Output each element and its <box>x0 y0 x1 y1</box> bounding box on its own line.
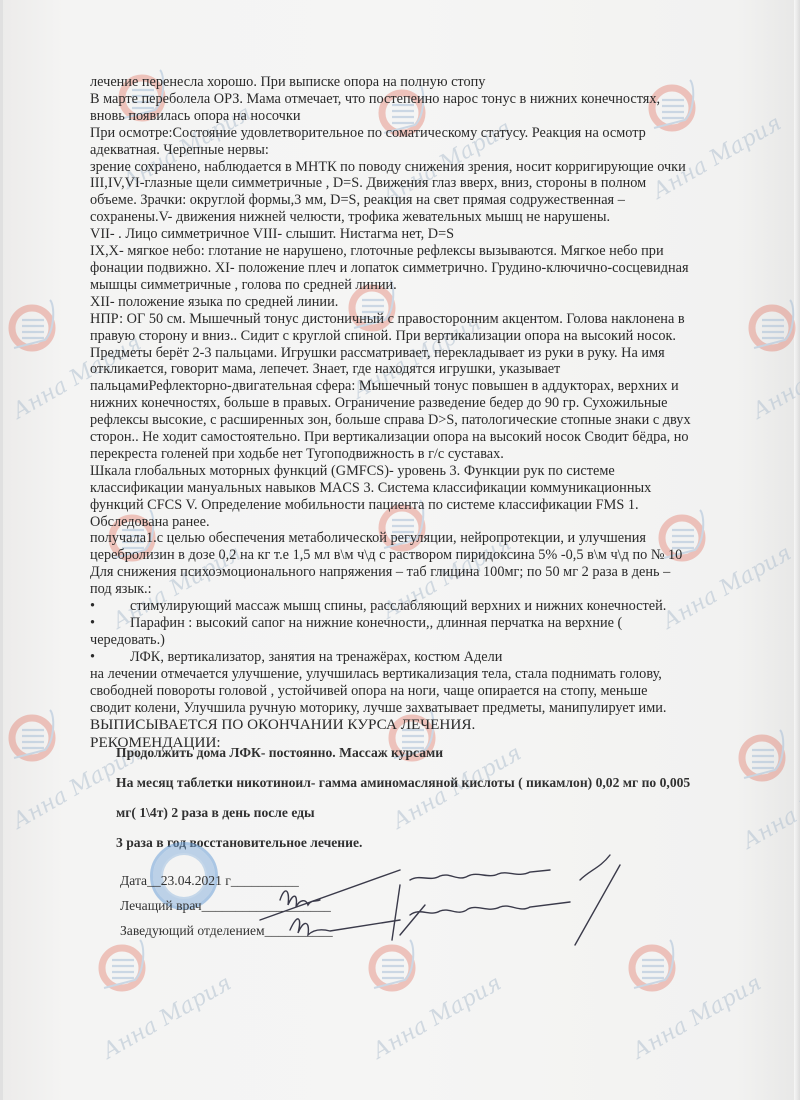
text-line: мышцы симметричные , голова по средней л… <box>90 277 710 294</box>
watermark-logo-icon <box>0 700 70 770</box>
text-line: IX,X- мягкое небо: глотание не нарушено,… <box>90 243 710 260</box>
text-line: вновь появилась опора на носочки <box>90 108 710 125</box>
text-line: Для снижения психоэмоционального напряже… <box>90 564 710 581</box>
text-line: объеме. Зрачки: округлой формы,3 мм, D=S… <box>90 192 710 209</box>
list-item: •Парафин : высокий сапог на нижние конеч… <box>90 615 710 632</box>
bullet-marker: • <box>90 598 130 615</box>
recommendation-line: На месяц таблетки никотиноил- гамма амин… <box>116 774 756 804</box>
text-line: сторон.. Не ходит самостоятельно. При ве… <box>90 429 710 446</box>
list-item-text: стимулирующий массаж мышц спины, расслаб… <box>130 598 666 614</box>
list-item-text: Парафин : высокий сапог на нижние конечн… <box>130 615 622 631</box>
text-line: церебролизин в дозе 0,2 на кг т.е 1,5 мл… <box>90 547 710 564</box>
text-line: откликается, говорит мама, лепечет. Знае… <box>90 361 710 378</box>
head-of-department-label: Заведующий отделением <box>120 923 265 938</box>
text-line: пальцамиРефлекторно-двигательная сфера: … <box>90 378 710 395</box>
report-paragraphs: лечение перенесла хорошо. При выписке оп… <box>90 74 710 598</box>
text-line: III,IV,VI-глазные щели симметричные , D=… <box>90 175 710 192</box>
list-item-text: ЛФК, вертикализатор, занятия на тренажёр… <box>130 649 502 665</box>
text-line: ВЫПИСЫВАЕТСЯ ПО ОКОНЧАНИИ КУРСА ЛЕЧЕНИЯ. <box>90 716 710 734</box>
bullet-marker: • <box>90 649 130 666</box>
text-line: нижних конечностях, больше в правых. Огр… <box>90 395 710 412</box>
treatment-list: •стимулирующий массаж мышц спины, рассла… <box>90 598 710 666</box>
bullet-marker: • <box>90 615 130 632</box>
text-line: правую сторону и вниз.. Сидит с круглой … <box>90 328 710 345</box>
date-value: 23.04.2021 г <box>161 873 231 888</box>
watermark-logo-icon <box>740 290 800 360</box>
recommendation-line: Продолжить дома ЛФК- постоянно. Массаж к… <box>116 744 756 774</box>
text-line: Предметы берёт 2-3 пальцами. Игрушки рас… <box>90 345 710 362</box>
text-line: В марте переболела ОРЗ. Мама отмечает, ч… <box>90 91 710 108</box>
text-line: НПР: ОГ 50 см. Мышечный тонус дистоничны… <box>90 311 710 328</box>
text-line: перекреста голеней при ходьбе нет Тугопо… <box>90 446 710 463</box>
page-edge-left <box>0 0 3 1100</box>
recommendation-line: мг( 1\4т) 2 раза в день после еды <box>116 804 756 834</box>
text-line: получала1.с целью обеспечения метаболиче… <box>90 530 710 547</box>
text-line: под язык.: <box>90 581 710 598</box>
outcome-paragraphs: на лечении отмечается улучшение, улучшил… <box>90 666 710 753</box>
text-line: на лечении отмечается улучшение, улучшил… <box>90 666 710 683</box>
text-line: Шкала глобальных моторных функций (GMFCS… <box>90 463 710 480</box>
text-line: адекватная. Черепные нервы: <box>90 142 710 159</box>
list-item: чередовать.) <box>90 632 710 649</box>
list-item: •стимулирующий массаж мышц спины, рассла… <box>90 598 710 615</box>
text-line: При осмотре:Состояние удовлетворительное… <box>90 125 710 142</box>
document-page: Анна МарияАнна МарияАнна МарияАнна Мария… <box>0 0 800 1100</box>
text-line: XII- положение языка по средней линии. <box>90 294 710 311</box>
text-line: фонации подвижно. XI- положение плеч и л… <box>90 260 710 277</box>
text-line: классификации мануальных навыков MACS 3.… <box>90 480 710 497</box>
text-line: лечение перенесла хорошо. При выписке оп… <box>90 74 710 91</box>
date-label: Дата <box>120 873 147 888</box>
text-line: сводит колени, Улучшила ручную моторику,… <box>90 700 710 717</box>
medical-report-body: лечение перенесла хорошо. При выписке оп… <box>90 74 710 752</box>
text-line: VII- . Лицо симметричное VIII- слышит. Н… <box>90 226 710 243</box>
text-line: Обследована ранее. <box>90 514 710 531</box>
list-item: •ЛФК, вертикализатор, занятия на тренажё… <box>90 649 710 666</box>
text-line: зрение сохранено, наблюдается в МНТК по … <box>90 159 710 176</box>
signature-scribbles <box>250 840 670 950</box>
watermark-logo-icon <box>0 290 70 360</box>
page-edge-right <box>794 0 800 1100</box>
text-line: свободней повороты головой , устойчивей … <box>90 683 710 700</box>
list-item-text: чередовать.) <box>90 632 165 648</box>
doctor-label: Лечащий врач <box>120 898 202 913</box>
text-line: рефлексы высокие, с расширенных зон, бол… <box>90 412 710 429</box>
text-line: функций CFCS V. Определение мобильности … <box>90 497 710 514</box>
text-line: сохранены.V- движения нижней челюсти, тр… <box>90 209 710 226</box>
